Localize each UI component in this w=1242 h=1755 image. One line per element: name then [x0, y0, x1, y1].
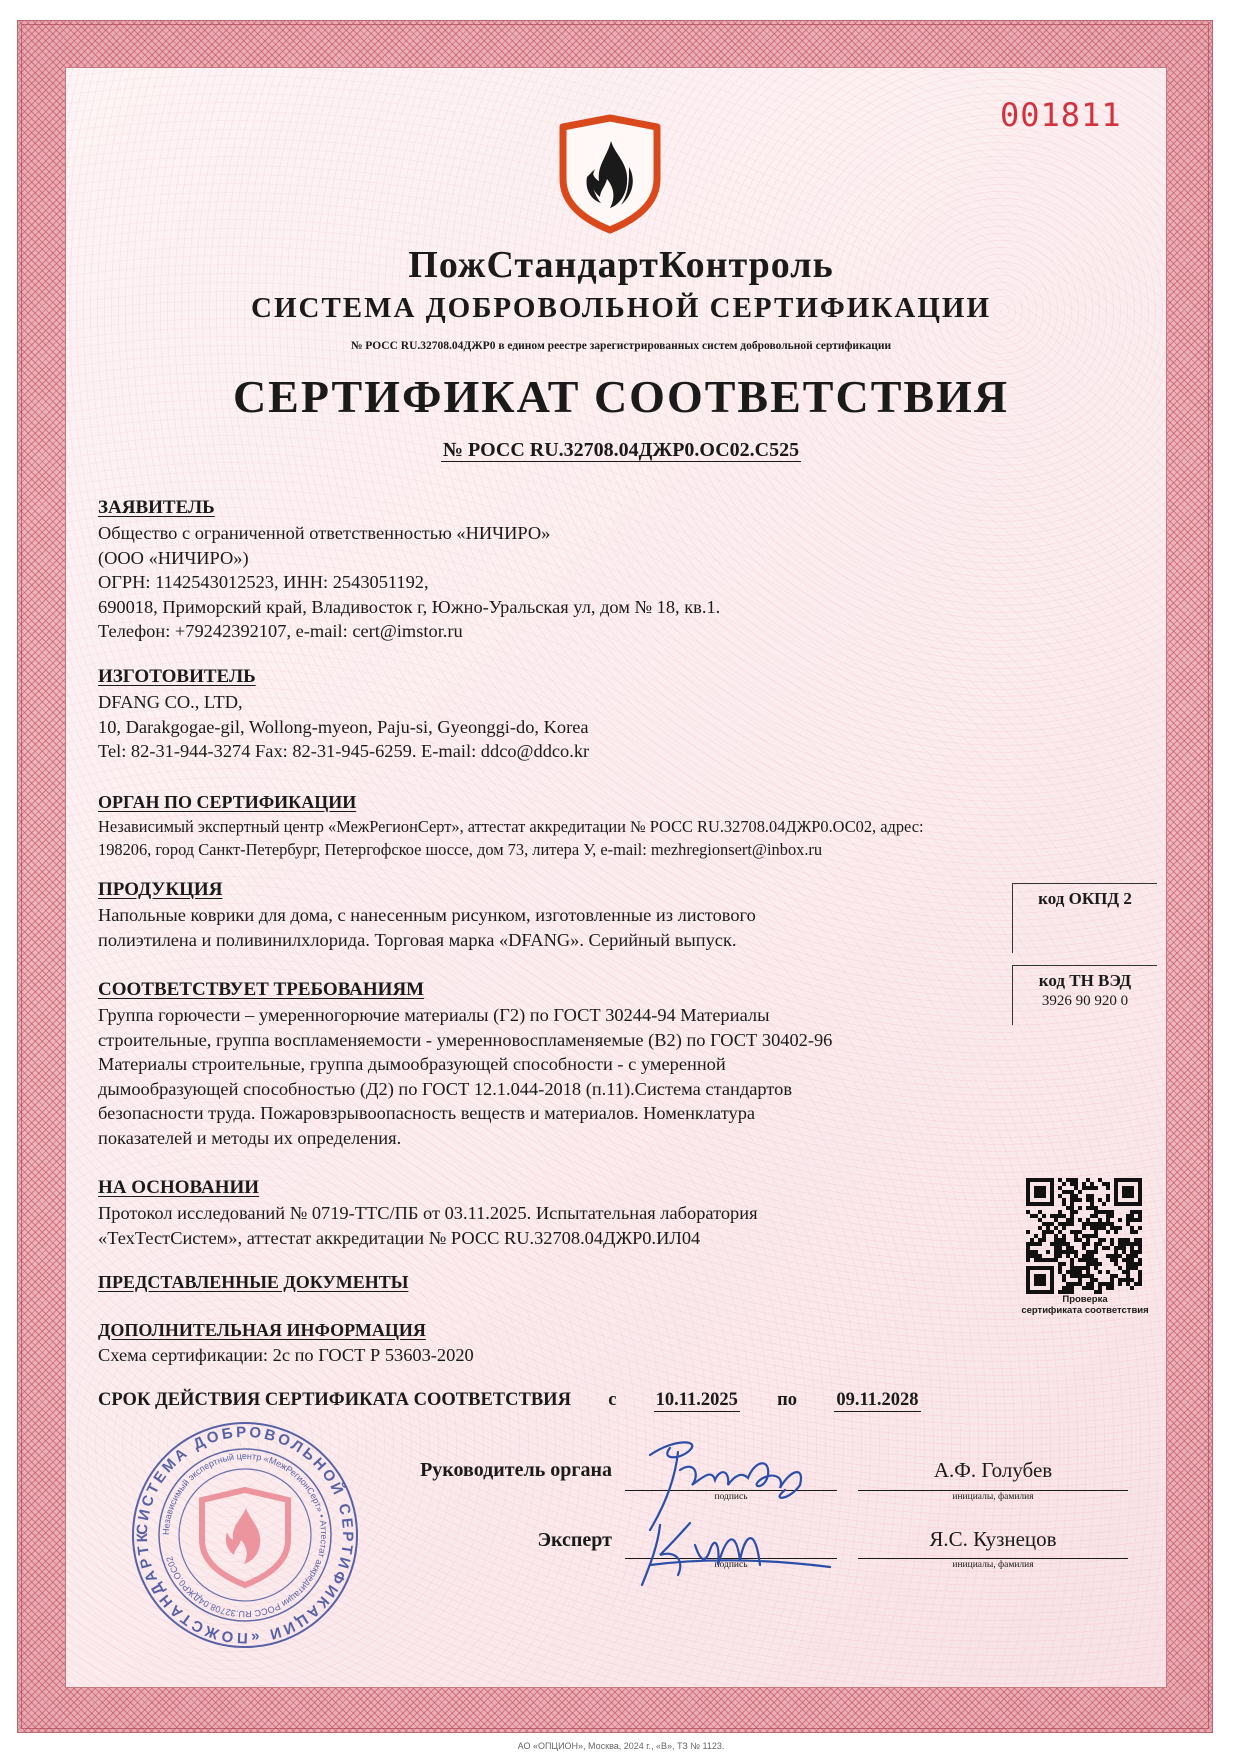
- applicant-heading: ЗАЯВИТЕЛЬ: [98, 495, 998, 521]
- certification-seal-stamp: СИСТЕМА ДОБРОВОЛЬНОЙ СЕРТИФИКАЦИИ «ПОЖСТ…: [130, 1420, 360, 1650]
- okpd2-code-box: код ОКПД 2: [1012, 883, 1157, 953]
- registry-note: № РОСС RU.32708.04ДЖР0 в едином реестре …: [0, 340, 1242, 352]
- validity-from-date: 10.11.2025: [654, 1390, 740, 1412]
- product-section: ПРОДУКЦИЯ Напольные коврики для дома, с …: [98, 877, 998, 952]
- manufacturer-line: 10, Darakgogae-gil, Wollong-myeon, Paju-…: [98, 715, 998, 740]
- system-name: СИСТЕМА ДОБРОВОЛЬНОЙ СЕРТИФИКАЦИИ: [0, 292, 1242, 325]
- requirements-line: показателей и методы их определения.: [98, 1126, 998, 1151]
- additional-info-line: Схема сертификации: 2с по ГОСТ Р 53603-2…: [98, 1343, 998, 1368]
- handwritten-signature-expert: [620, 1505, 840, 1595]
- product-line: полиэтилена и поливинилхлорида. Торговая…: [98, 928, 998, 953]
- certification-body-section: ОРГАН ПО СЕРТИФИКАЦИИ Независимый экспер…: [98, 789, 1128, 861]
- requirements-line: строительные, группа воспламеняемости - …: [98, 1028, 998, 1053]
- applicant-line: ОГРН: 1142543012523, ИНН: 2543051192,: [98, 570, 998, 595]
- documents-section: ПРЕДСТАВЛЕННЫЕ ДОКУМЕНТЫ: [98, 1269, 998, 1295]
- requirements-line: Группа горючести – умеренногорючие матер…: [98, 1003, 998, 1028]
- qr-caption: Проверка сертификата соответствия: [1016, 1294, 1154, 1316]
- applicant-line: Телефон: +79242392107, e-mail: cert@imst…: [98, 619, 998, 644]
- okpd2-label: код ОКПД 2: [1013, 889, 1157, 909]
- requirements-heading: СООТВЕТСТВУЕТ ТРЕБОВАНИЯМ: [98, 977, 998, 1003]
- signature-name-head: А.Ф. Голубев: [858, 1458, 1128, 1483]
- qr-caption-line1: Проверка: [1016, 1294, 1154, 1305]
- certification-body-line: Независимый экспертный центр «МежРегионС…: [98, 815, 1128, 838]
- certification-body-heading: ОРГАН ПО СЕРТИФИКАЦИИ: [98, 789, 1128, 815]
- documents-heading: ПРЕДСТАВЛЕННЫЕ ДОКУМЕНТЫ: [98, 1269, 998, 1295]
- serial-number: 001811: [1000, 96, 1122, 134]
- qr-caption-line2: сертификата соответствия: [1016, 1305, 1154, 1316]
- basis-line: «ТехТестСистем», аттестат аккредитации №…: [98, 1226, 998, 1251]
- validity-period: СРОК ДЕЙСТВИЯ СЕРТИФИКАТА СООТВЕТСТВИЯ с…: [98, 1390, 921, 1412]
- basis-heading: НА ОСНОВАНИИ: [98, 1175, 998, 1201]
- printer-note: АО «ОПЦИОН», Москва, 2024 г., «В», ТЗ № …: [0, 1741, 1242, 1751]
- validity-label: СРОК ДЕЙСТВИЯ СЕРТИФИКАТА СООТВЕТСТВИЯ: [98, 1390, 571, 1410]
- basis-line: Протокол исследований № 0719-ТТС/ПБ от 0…: [98, 1201, 998, 1226]
- product-heading: ПРОДУКЦИЯ: [98, 877, 998, 903]
- additional-info-section: ДОПОЛНИТЕЛЬНАЯ ИНФОРМАЦИЯ Схема сертифик…: [98, 1317, 998, 1368]
- applicant-line: (ООО «НИЧИРО»): [98, 546, 998, 571]
- certificate-number-text: № РОСС RU.32708.04ДЖР0.ОС02.С525: [441, 439, 801, 462]
- qr-code-icon[interactable]: [1026, 1178, 1142, 1294]
- tnved-value: 3926 90 920 0: [1013, 993, 1157, 1010]
- applicant-line: 690018, Приморский край, Владивосток г, …: [98, 595, 998, 620]
- shield-flame-icon: [555, 113, 665, 235]
- requirements-line: безопасности труда. Пожаровзрывоопасност…: [98, 1101, 998, 1126]
- signature-role-expert: Эксперт: [332, 1529, 612, 1552]
- manufacturer-section: ИЗГОТОВИТЕЛЬ DFANG CO., LTD, 10, Darakgo…: [98, 664, 998, 764]
- validity-from-word: с: [608, 1390, 616, 1410]
- name-line-expert: [858, 1558, 1128, 1559]
- manufacturer-line: Tel: 82-31-944-3274 Fax: 82-31-945-6259.…: [98, 739, 998, 764]
- org-name: ПожСтандартКонтроль: [0, 243, 1242, 287]
- certification-body-line: 198206, город Санкт-Петербург, Петергофс…: [98, 838, 1128, 861]
- name-line-head: [858, 1490, 1128, 1491]
- requirements-section: СООТВЕТСТВУЕТ ТРЕБОВАНИЯМ Группа горючес…: [98, 977, 998, 1150]
- product-line: Напольные коврики для дома, с нанесенным…: [98, 903, 998, 928]
- validity-to-date: 09.11.2028: [834, 1390, 920, 1412]
- applicant-section: ЗАЯВИТЕЛЬ Общество с ограниченной ответс…: [98, 495, 998, 644]
- requirements-line: Материалы строительные, группа дымообраз…: [98, 1052, 998, 1077]
- applicant-line: Общество с ограниченной ответственностью…: [98, 521, 998, 546]
- tnved-code-box: код ТН ВЭД 3926 90 920 0: [1012, 965, 1157, 1025]
- requirements-line: дымообразующей способностью (Д2) по ГОСТ…: [98, 1077, 998, 1102]
- signature-role-head: Руководитель органа: [332, 1459, 612, 1482]
- name-caption-head: инициалы, фамилия: [858, 1492, 1128, 1502]
- tnved-label: код ТН ВЭД: [1013, 971, 1157, 991]
- name-caption-expert: инициалы, фамилия: [858, 1560, 1128, 1570]
- certificate-title: СЕРТИФИКАТ СООТВЕТСТВИЯ: [0, 370, 1242, 423]
- manufacturer-line: DFANG CO., LTD,: [98, 690, 998, 715]
- additional-info-heading: ДОПОЛНИТЕЛЬНАЯ ИНФОРМАЦИЯ: [98, 1317, 998, 1343]
- certificate-number: № РОСС RU.32708.04ДЖР0.ОС02.С525: [0, 439, 1242, 462]
- manufacturer-heading: ИЗГОТОВИТЕЛЬ: [98, 664, 998, 690]
- signature-name-expert: Я.С. Кузнецов: [858, 1527, 1128, 1552]
- validity-to-word: по: [777, 1390, 797, 1410]
- basis-section: НА ОСНОВАНИИ Протокол исследований № 071…: [98, 1175, 998, 1250]
